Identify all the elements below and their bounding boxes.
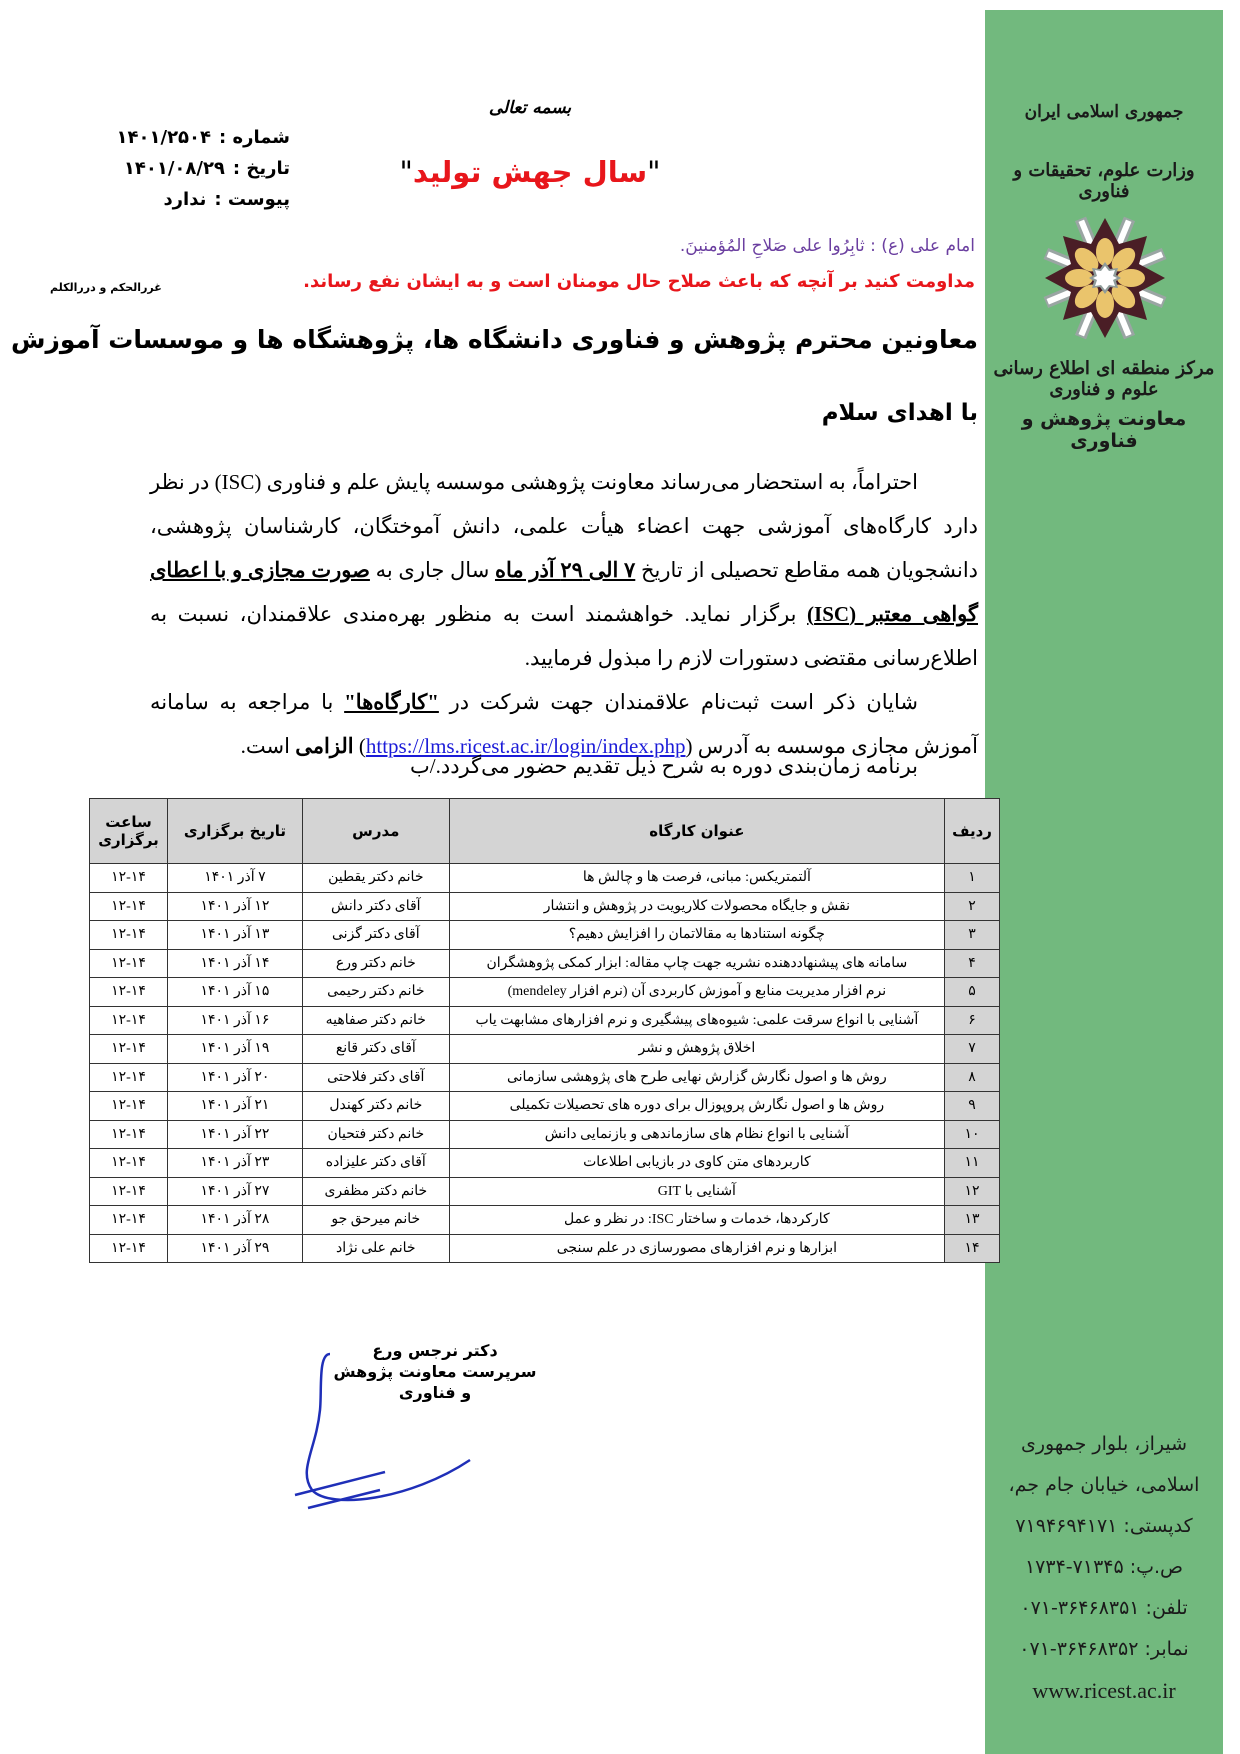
table-row: ۱آلتمتریکس: مبانی، فرصت ها و چالش هاخانم… (90, 864, 1000, 893)
row-time: ۱۲-۱۴ (90, 1006, 168, 1035)
row-index: ۱۳ (945, 1206, 1000, 1235)
required-word: الزامی (295, 734, 353, 758)
row-index: ۱۰ (945, 1120, 1000, 1149)
row-time: ۱۲-۱۴ (90, 1063, 168, 1092)
contact-address: شیراز، بلوار جمهوری اسلامی، خیابان جام ج… (985, 1424, 1223, 1711)
row-date: ۲۸ آذر ۱۴۰۱ (168, 1206, 303, 1235)
row-time: ۱۲-۱۴ (90, 1234, 168, 1263)
row-teacher: آقای دکتر فلاحتی (302, 1063, 449, 1092)
row-title: سامانه های پیشنهاددهنده نشریه جهت چاپ مق… (449, 949, 944, 978)
workshop-dates: ۷ الی ۲۹ آذر ماه (495, 558, 635, 582)
quote-translation: مداومت کنید بر آنچه که باعث صلاح حال موم… (303, 271, 975, 292)
ricest-star-logo-icon (1035, 208, 1175, 348)
row-time: ۱۲-۱۴ (90, 1177, 168, 1206)
row-teacher: خانم دکتر فتحیان (302, 1120, 449, 1149)
row-title: نقش و جایگاه محصولات کلاریویت در پژوهش و… (449, 892, 944, 921)
row-index: ۱۴ (945, 1234, 1000, 1263)
row-teacher: آقای دکتر علیزاده (302, 1149, 449, 1178)
row-date: ۱۹ آذر ۱۴۰۱ (168, 1035, 303, 1064)
address-line-1: شیراز، بلوار جمهوری (985, 1424, 1223, 1465)
imam-ali-quote: امام علی (ع) : ثابِرُوا علی صَلاحِ المُؤ… (680, 236, 975, 256)
quote-source: غررالحکم و دررالکلم (50, 281, 162, 294)
row-teacher: آقای دکتر گزنی (302, 921, 449, 950)
row-title: کارکردها، خدمات و ساختار ISC: در نظر و ع… (449, 1206, 944, 1235)
row-time: ۱۲-۱۴ (90, 949, 168, 978)
row-title: اخلاق پژوهش و نشر (449, 1035, 944, 1064)
row-index: ۶ (945, 1006, 1000, 1035)
row-date: ۱۵ آذر ۱۴۰۱ (168, 978, 303, 1007)
bismillah: بسمه تعالی (480, 98, 580, 118)
row-title: نرم افزار مدیریت منابع و آموزش کاربردی آ… (449, 978, 944, 1007)
department-name: معاونت پژوهش و فناوری (985, 408, 1223, 452)
row-time: ۱۲-۱۴ (90, 921, 168, 950)
row-index: ۳ (945, 921, 1000, 950)
row-index: ۵ (945, 978, 1000, 1007)
website-link[interactable]: www.ricest.ac.ir (985, 1670, 1223, 1711)
paragraph-1: احتراماً، به استحضار می‌رساند معاونت پژو… (150, 460, 978, 680)
table-row: ۱۱کاربردهای متن کاوی در بازیابی اطلاعاتآ… (90, 1149, 1000, 1178)
table-row: ۱۳کارکردها، خدمات و ساختار ISC: در نظر و… (90, 1206, 1000, 1235)
letterhead-sidebar: جمهوری اسلامی ایران وزارت علوم، تحقیقات … (985, 10, 1223, 1754)
row-time: ۱۲-۱۴ (90, 1092, 168, 1121)
government-name: جمهوری اسلامی ایران (985, 102, 1223, 122)
row-time: ۱۲-۱۴ (90, 1149, 168, 1178)
postal-code: کدپستی: ۷۱۹۴۶۹۴۱۷۱ (985, 1506, 1223, 1547)
letter-body: احتراماً، به استحضار می‌رساند معاونت پژو… (150, 460, 978, 768)
ministry-name: وزارت علوم، تحقیقات و فناوری (985, 160, 1223, 202)
row-time: ۱۲-۱۴ (90, 892, 168, 921)
row-date: ۱۶ آذر ۱۴۰۱ (168, 1006, 303, 1035)
row-index: ۸ (945, 1063, 1000, 1092)
row-teacher: خانم دکتر یقطین (302, 864, 449, 893)
addressee: معاونین محترم پژوهش و فناوری دانشگاه ها،… (0, 325, 978, 354)
row-time: ۱۲-۱۴ (90, 1120, 168, 1149)
row-date: ۲۰ آذر ۱۴۰۱ (168, 1063, 303, 1092)
row-teacher: خانم میرحق جو (302, 1206, 449, 1235)
workshop-schedule-table: ردیف عنوان کارگاه مدرس تاریخ برگزاری ساع… (89, 798, 1000, 1263)
phone: تلفن: ۳۶۴۶۸۳۵۱-۰۷۱ (985, 1588, 1223, 1629)
handwritten-signature-icon (290, 1350, 530, 1520)
row-teacher: آقای دکتر قانع (302, 1035, 449, 1064)
table-row: ۹روش ها و اصول نگارش پروپوزال برای دوره … (90, 1092, 1000, 1121)
row-date: ۲۲ آذر ۱۴۰۱ (168, 1120, 303, 1149)
col-index: ردیف (945, 799, 1000, 864)
fax: نمابر: ۳۶۴۶۸۳۵۲-۰۷۱ (985, 1629, 1223, 1670)
letter-number: شماره :۱۴۰۱/۲۵۰۴ (110, 122, 290, 153)
row-date: ۲۱ آذر ۱۴۰۱ (168, 1092, 303, 1121)
row-teacher: خانم دکتر کهندل (302, 1092, 449, 1121)
row-title: آشنایی با انواع سرقت علمی: شیوه‌های پیشگ… (449, 1006, 944, 1035)
row-index: ۹ (945, 1092, 1000, 1121)
row-time: ۱۲-۱۴ (90, 1035, 168, 1064)
col-title: عنوان کارگاه (449, 799, 944, 864)
row-date: ۱۲ آذر ۱۴۰۱ (168, 892, 303, 921)
table-row: ۱۰آشنایی با انواع نظام های سازماندهی و ب… (90, 1120, 1000, 1149)
row-title: ابزارها و نرم افزارهای مصورسازی در علم س… (449, 1234, 944, 1263)
letter-date: تاریخ :۱۴۰۱/۰۸/۲۹ (110, 153, 290, 184)
col-teacher: مدرس (302, 799, 449, 864)
table-header-row: ردیف عنوان کارگاه مدرس تاریخ برگزاری ساع… (90, 799, 1000, 864)
row-time: ۱۲-۱۴ (90, 1206, 168, 1235)
row-title: کاربردهای متن کاوی در بازیابی اطلاعات (449, 1149, 944, 1178)
row-teacher: خانم دکتر صفاهیه (302, 1006, 449, 1035)
po-box: ص.پ: ۷۱۳۴۵-۱۷۳۴ (985, 1547, 1223, 1588)
row-title: چگونه استنادها به مقالاتمان را افزایش ده… (449, 921, 944, 950)
schedule-intro: برنامه زمان‌بندی دوره به شرح ذیل تقدیم ح… (410, 754, 978, 779)
row-title: آشنایی با انواع نظام های سازماندهی و باز… (449, 1120, 944, 1149)
table-row: ۴سامانه های پیشنهاددهنده نشریه جهت چاپ م… (90, 949, 1000, 978)
row-time: ۱۲-۱۴ (90, 864, 168, 893)
table-row: ۱۴ابزارها و نرم افزارهای مصورسازی در علم… (90, 1234, 1000, 1263)
year-slogan: "سال جهش تولید" (380, 155, 680, 189)
row-teacher: خانم دکتر ورع (302, 949, 449, 978)
letter-meta: شماره :۱۴۰۱/۲۵۰۴ تاریخ :۱۴۰۱/۰۸/۲۹ پیوست… (110, 122, 290, 215)
row-index: ۱۱ (945, 1149, 1000, 1178)
row-index: ۴ (945, 949, 1000, 978)
row-index: ۱۲ (945, 1177, 1000, 1206)
greeting: با اهدای سلام (822, 400, 978, 426)
table-row: ۷اخلاق پژوهش و نشرآقای دکتر قانع۱۹ آذر ۱… (90, 1035, 1000, 1064)
row-teacher: خانم دکتر مظفری (302, 1177, 449, 1206)
row-index: ۷ (945, 1035, 1000, 1064)
table-row: ۱۲آشنایی با GITخانم دکتر مظفری۲۷ آذر ۱۴۰… (90, 1177, 1000, 1206)
address-line-2: اسلامی، خیابان جام جم، (985, 1465, 1223, 1506)
table-row: ۲نقش و جایگاه محصولات کلاریویت در پژوهش … (90, 892, 1000, 921)
row-title: آلتمتریکس: مبانی، فرصت ها و چالش ها (449, 864, 944, 893)
col-time: ساعت برگزاری (90, 799, 168, 864)
table-row: ۵نرم افزار مدیریت منابع و آموزش کاربردی … (90, 978, 1000, 1007)
table-row: ۶آشنایی با انواع سرقت علمی: شیوه‌های پیش… (90, 1006, 1000, 1035)
row-teacher: آقای دکتر دانش (302, 892, 449, 921)
row-date: ۲۹ آذر ۱۴۰۱ (168, 1234, 303, 1263)
row-time: ۱۲-۱۴ (90, 978, 168, 1007)
row-date: ۱۴ آذر ۱۴۰۱ (168, 949, 303, 978)
letter-attachment: پیوست :ندارد (110, 184, 290, 215)
row-index: ۲ (945, 892, 1000, 921)
row-date: ۱۳ آذر ۱۴۰۱ (168, 921, 303, 950)
table-row: ۳چگونه استنادها به مقالاتمان را افزایش د… (90, 921, 1000, 950)
row-teacher: خانم علی نژاد (302, 1234, 449, 1263)
table-row: ۸روش ها و اصول نگارش گزارش نهایی طرح های… (90, 1063, 1000, 1092)
row-title: روش ها و اصول نگارش پروپوزال برای دوره ه… (449, 1092, 944, 1121)
row-title: آشنایی با GIT (449, 1177, 944, 1206)
row-date: ۲۳ آذر ۱۴۰۱ (168, 1149, 303, 1178)
row-date: ۲۷ آذر ۱۴۰۱ (168, 1177, 303, 1206)
row-teacher: خانم دکتر رحیمی (302, 978, 449, 1007)
workshops-word: "کارگاه‌ها" (344, 690, 439, 714)
row-index: ۱ (945, 864, 1000, 893)
row-title: روش ها و اصول نگارش گزارش نهایی طرح های … (449, 1063, 944, 1092)
row-date: ۷ آذر ۱۴۰۱ (168, 864, 303, 893)
center-name: مرکز منطقه ای اطلاع رسانی علوم و فناوری (985, 358, 1223, 400)
col-date: تاریخ برگزاری (168, 799, 303, 864)
